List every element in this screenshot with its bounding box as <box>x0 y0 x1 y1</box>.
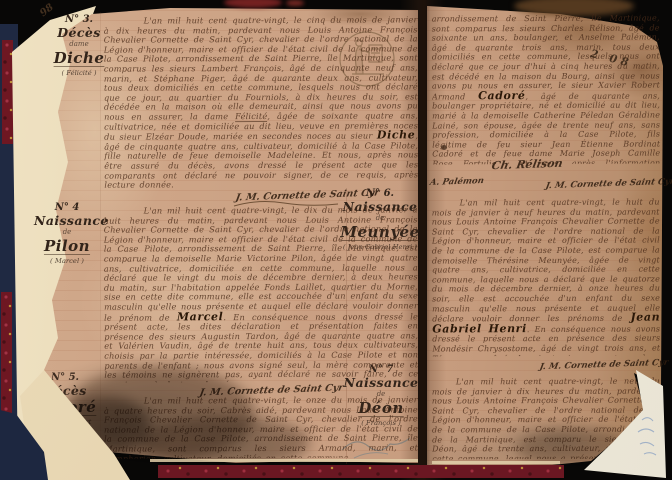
red-stain <box>224 0 282 8</box>
page-edge <box>150 459 418 462</box>
act-link-word: de <box>34 228 100 237</box>
civil-register-scan: 98 2 08 N° 3. Décès dame Diche ( Félicit… <box>0 0 672 480</box>
act-link-word: dame <box>50 40 108 49</box>
act-name: Pilon <box>34 237 100 255</box>
marbled-cover-strip <box>2 40 13 144</box>
witness-signature: Ch. Rélison <box>491 157 564 172</box>
entry-4-text: L'an mil huit cent quatre-vingt, le dix … <box>104 205 419 382</box>
blue-pencil-marks <box>628 406 668 466</box>
witness-signature: A. Palémon <box>429 176 485 188</box>
marbled-cover-strip <box>1 292 12 426</box>
red-stain <box>286 0 304 6</box>
act-number: N° 3. <box>50 14 108 25</box>
entry-3-text: L'an mil huit cent quatre-vingt, le cinq… <box>104 15 419 188</box>
margin-annotation-entry4: N° 4 Naissance de Pilon ( Marcel ) <box>34 202 100 265</box>
act-name: Diche <box>50 49 108 67</box>
act-subname: ( Marcel ) <box>34 257 100 265</box>
act-subname: ( Félicité ) <box>50 69 108 77</box>
act-type: Décès <box>50 25 108 40</box>
entry-6-text: L'an mil huit cent quatre-vingt, le huit… <box>432 198 661 357</box>
act-type: Naissance <box>34 213 100 228</box>
margin-annotation-entry3: N° 3. Décès dame Diche ( Félicité ) <box>50 14 108 77</box>
marbled-cover-bottom <box>158 465 564 478</box>
act-number: N° 4 <box>34 202 100 213</box>
entry-5-continuation-text: arrondissement de Saint Pierre, île Mart… <box>432 14 661 165</box>
signature-flourish <box>232 200 342 210</box>
page-edge <box>432 461 560 464</box>
